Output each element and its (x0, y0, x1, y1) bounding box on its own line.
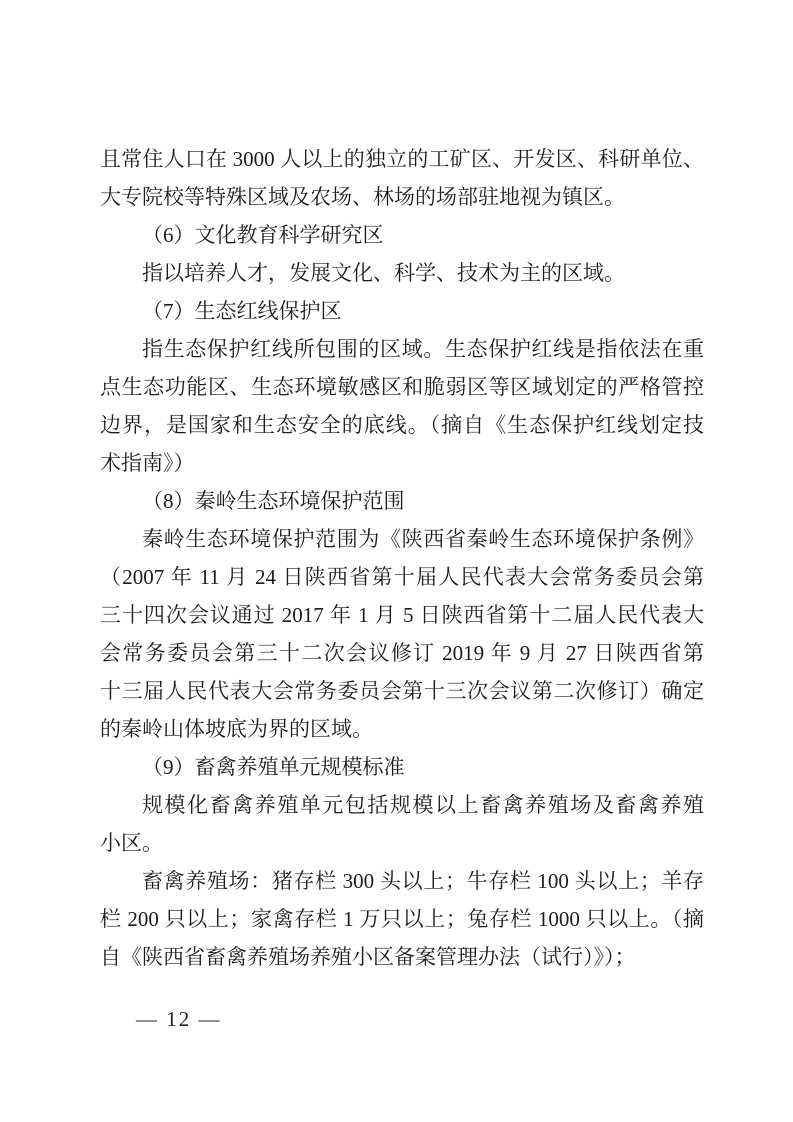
section-heading: （7）生态红线保护区 (100, 292, 704, 330)
section-heading: （8）秦岭生态环境保护范围 (100, 482, 704, 520)
text-line: （2007 年 11 月 24 日陕西省第十届人民代表大会常务委员会第 (100, 558, 704, 596)
text-line: 且常住人口在 3000 人以上的独立的工矿区、开发区、科研单位、 (100, 140, 704, 178)
text-line: 术指南》） (100, 444, 704, 482)
document-body: 且常住人口在 3000 人以上的独立的工矿区、开发区、科研单位、大专院校等特殊区… (100, 140, 704, 976)
text-line: 点生态功能区、生态环境敏感区和脆弱区等区域划定的严格管控 (100, 368, 704, 406)
text-line: 规模化畜禽养殖单元包括规模以上畜禽养殖场及畜禽养殖 (100, 786, 704, 824)
text-line: 三十四次会议通过 2017 年 1 月 5 日陕西省第十二届人民代表大 (100, 596, 704, 634)
text-line: 栏 200 只以上；家禽存栏 1 万只以上；兔存栏 1000 只以上。（摘 (100, 900, 704, 938)
text-line: 小区。 (100, 824, 704, 862)
text-line: 十三届人民代表大会常务委员会第十三次会议第二次修订）确定 (100, 672, 704, 710)
text-line: 指生态保护红线所包围的区域。生态保护红线是指依法在重 (100, 330, 704, 368)
text-line: 秦岭生态环境保护范围为《陕西省秦岭生态环境保护条例》 (100, 520, 704, 558)
page-footer: — 12 — (136, 1004, 222, 1034)
document-page: 且常住人口在 3000 人以上的独立的工矿区、开发区、科研单位、大专院校等特殊区… (0, 0, 793, 1122)
text-line: 自《陕西省畜禽养殖场养殖小区备案管理办法（试行）》）； (100, 938, 704, 976)
section-heading: （9）畜禽养殖单元规模标准 (100, 748, 704, 786)
text-line: 大专院校等特殊区域及农场、林场的场部驻地视为镇区。 (100, 178, 704, 216)
text-line: 边界，是国家和生态安全的底线。（摘自《生态保护红线划定技 (100, 406, 704, 444)
page-number: — 12 — (136, 1007, 222, 1031)
text-line: 畜禽养殖场：猪存栏 300 头以上；牛存栏 100 头以上；羊存 (100, 862, 704, 900)
text-line: 的秦岭山体坡底为界的区域。 (100, 710, 704, 748)
text-line: 指以培养人才，发展文化、科学、技术为主的区域。 (100, 254, 704, 292)
text-line: 会常务委员会第三十二次会议修订 2019 年 9 月 27 日陕西省第 (100, 634, 704, 672)
section-heading: （6）文化教育科学研究区 (100, 216, 704, 254)
